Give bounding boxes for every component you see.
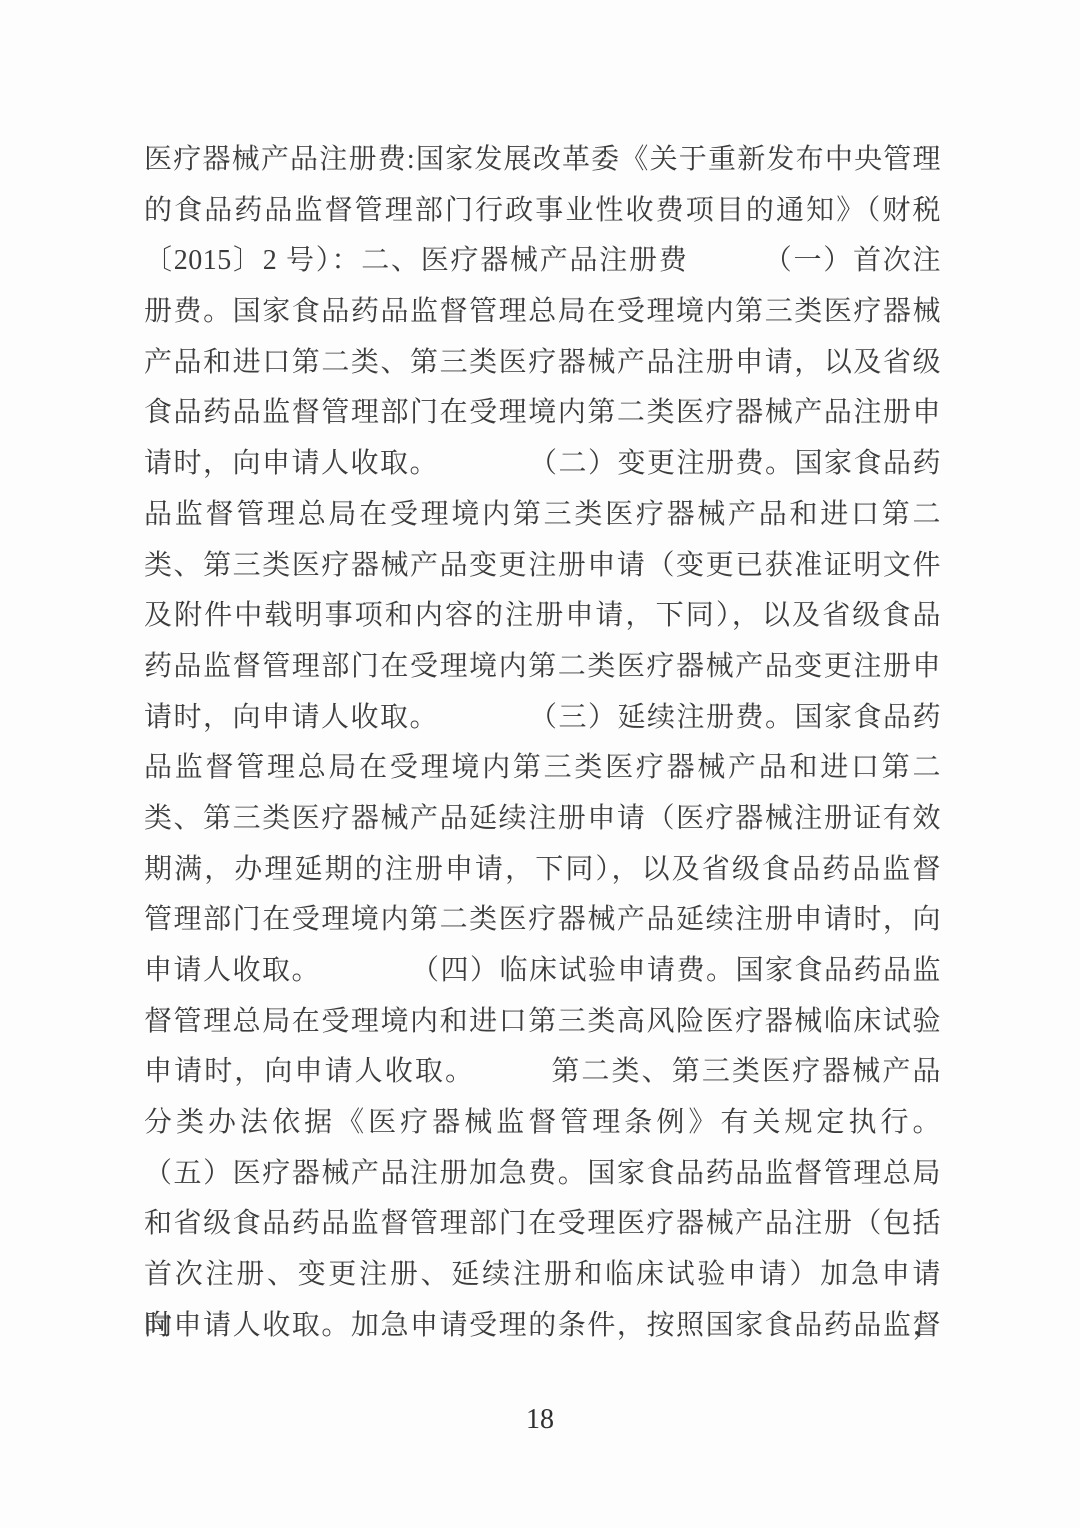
text-line: 药品监督管理部门在受理境内第二类医疗器械产品变更注册申 [144, 642, 941, 693]
text-line: 〔2015〕2 号）：二、医疗器械产品注册费 （一）首次注 [144, 236, 941, 287]
text-line: 及附件中载明事项和内容的注册申请，下同），以及省级食品 [144, 591, 941, 642]
text-line: 产品和进口第二类、第三类医疗器械产品注册申请，以及省级 [144, 338, 941, 389]
text-line: 品监督管理总局在受理境内第三类医疗器械产品和进口第二 [144, 743, 941, 794]
text-line: 类、第三类医疗器械产品变更注册申请（变更已获准证明文件 [144, 541, 941, 592]
text-line: 医疗器械产品注册费:国家发展改革委《关于重新发布中央管理 [144, 135, 941, 186]
text-line: 向申请人收取。加急申请受理的条件，按照国家食品药品监督 [144, 1301, 941, 1352]
document-page: 医疗器械产品注册费:国家发展改革委《关于重新发布中央管理 的食品药品监督管理部门… [0, 0, 1080, 1528]
text-line: 申请时，向申请人收取。 第二类、第三类医疗器械产品 [144, 1047, 941, 1098]
text-line: 的食品药品监督管理部门行政事业性收费项目的通知》（财税 [144, 186, 941, 237]
text-line: 首次注册、变更注册、延续注册和临床试验申请）加急申请时， [144, 1250, 941, 1301]
text-line: 期满，办理延期的注册申请，下同），以及省级食品药品监督 [144, 845, 941, 896]
text-line: 申请人收取。 （四）临床试验申请费。国家食品药品监 [144, 946, 941, 997]
text-line: 管理部门在受理境内第二类医疗器械产品延续注册申请时，向 [144, 895, 941, 946]
text-line: 分类办法依据《医疗器械监督管理条例》有关规定执行。 [144, 1098, 941, 1149]
page-number: 18 [0, 1404, 1080, 1436]
text-line: 请时，向申请人收取。 （二）变更注册费。国家食品药 [144, 439, 941, 490]
text-line: 和省级食品药品监督管理部门在受理医疗器械产品注册（包括 [144, 1199, 941, 1250]
text-line: （五）医疗器械产品注册加急费。国家食品药品监督管理总局 [144, 1149, 941, 1200]
text-line: 请时，向申请人收取。 （三）延续注册费。国家食品药 [144, 693, 941, 744]
text-line: 册费。国家食品药品监督管理总局在受理境内第三类医疗器械 [144, 287, 941, 338]
text-line: 类、第三类医疗器械产品延续注册申请（医疗器械注册证有效 [144, 794, 941, 845]
text-line: 食品药品监督管理部门在受理境内第二类医疗器械产品注册申 [144, 388, 941, 439]
document-body: 医疗器械产品注册费:国家发展改革委《关于重新发布中央管理 的食品药品监督管理部门… [144, 135, 941, 1352]
text-line: 品监督管理总局在受理境内第三类医疗器械产品和进口第二 [144, 490, 941, 541]
text-line: 督管理总局在受理境内和进口第三类高风险医疗器械临床试验 [144, 997, 941, 1048]
